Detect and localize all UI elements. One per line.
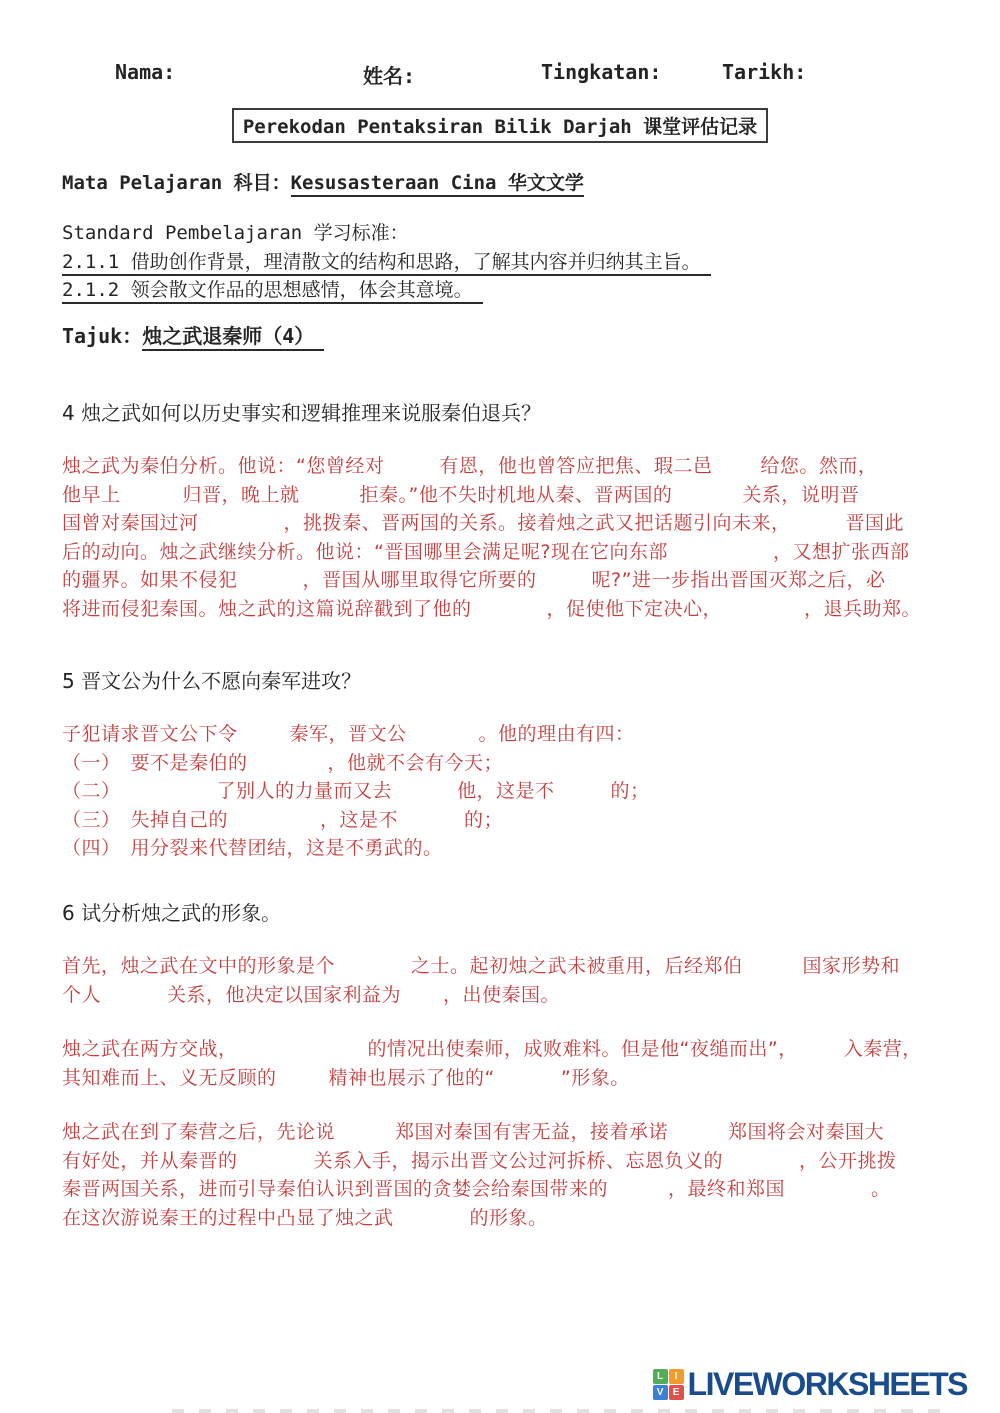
answer-blank[interactable] (722, 613, 804, 615)
answer-text: 子犯请求晋文公下令 (62, 723, 238, 745)
answer-line: 个人关系，他决定以国家利益为，出使秦国。 (62, 981, 954, 1010)
worksheet-page: Nama: 姓名: Tingkatan: Tarikh: Perekodan P… (0, 0, 1000, 1413)
answer-text: 给您。然而， (760, 455, 877, 477)
answer-blank[interactable] (672, 499, 742, 501)
answer-line: 子犯请求晋文公下令秦军，晋文公。他的理由有四： (62, 720, 954, 749)
answer-blank[interactable] (743, 970, 803, 972)
question-4-answer: 烛之武为秦伯分析。他说：“您曾经对有恩，他也曾答应把焦、瑕二邑给您。然而，他早上… (62, 452, 954, 623)
answer-text: 的情况出使秦师，成败难料。但是他“夜缒而出”， (368, 1038, 798, 1060)
answer-line: 的疆界。如果不侵犯，晋国从哪里取得它所要的呢?”进一步指出晋国灭郑之后，必 (62, 566, 954, 595)
cutoff-text-strip (172, 1409, 950, 1413)
answer-blank[interactable] (555, 795, 611, 797)
answer-blank[interactable] (199, 527, 284, 529)
answer-text: 个人 (62, 984, 101, 1006)
answer-line: 烛之武为秦伯分析。他说：“您曾经对有恩，他也曾答应把焦、瑕二邑给您。然而， (62, 452, 954, 481)
answer-blank[interactable] (392, 795, 457, 797)
answer-text: 关系，说明晋 (742, 484, 859, 506)
answer-blank[interactable] (248, 767, 328, 769)
answer-line: 他早上归晋，晚上就拒秦。”他不失时机地从秦、晋两国的关系，说明晋 (62, 481, 954, 510)
answer-text: 郑国对秦国有害无益，接着承诺 (395, 1121, 668, 1143)
answer-text: （四） 用分裂来代替团结，这是不勇武的。 (62, 837, 443, 859)
nama-label: Nama: (115, 60, 175, 84)
answer-line: 烛之武在两方交战，的情况出使秦师，成败难料。但是他“夜缒而出”，入秦营， (62, 1035, 954, 1064)
answer-line: 秦晋两国关系，进而引导秦伯认识到晋国的贪婪会给秦国带来的，最终和郑国。 (62, 1175, 954, 1204)
answer-text: 烛之武在两方交战， (62, 1038, 238, 1060)
answer-blank[interactable] (121, 795, 217, 797)
answer-line: （四） 用分裂来代替团结，这是不勇武的。 (62, 834, 954, 863)
answer-text: 国家形势和 (803, 955, 901, 977)
answer-blank[interactable] (277, 1082, 329, 1084)
answer-text: ，挑拨秦、晋两国的关系。接着烛之武又把话题引向未来， (284, 512, 791, 534)
xingming-label: 姓名: (363, 60, 415, 89)
answer-line: 国曾对秦国过河，挑拨秦、晋两国的关系。接着烛之武又把话题引向未来，晋国此 (62, 509, 954, 538)
answer-text: ”形象。 (561, 1067, 630, 1089)
answer-text: 他，这是不 (457, 780, 555, 802)
question-4-title: 4 烛之武如何以历史事实和逻辑推理来说服秦伯退兵？ (62, 397, 954, 426)
answer-paragraph: 烛之武为秦伯分析。他说：“您曾经对有恩，他也曾答应把焦、瑕二邑给您。然而，他早上… (62, 452, 954, 623)
tarikh-label: Tarikh: (722, 60, 806, 84)
answer-text: 呢?”进一步指出晋国灭郑之后，必 (592, 569, 886, 591)
answer-blank[interactable] (495, 1082, 561, 1084)
answer-text: ，最终和郑国 (668, 1178, 785, 1200)
answer-text: 入秦营， (844, 1038, 922, 1060)
answer-text: ，这是不 (320, 809, 398, 831)
answer-blank[interactable] (238, 1053, 368, 1055)
answer-blank[interactable] (712, 470, 760, 472)
answer-paragraph: 子犯请求晋文公下令秦军，晋文公。他的理由有四：（一） 要不是秦伯的，他就不会有今… (62, 720, 954, 863)
answer-paragraph: 首先，烛之武在文中的形象是个之士。起初烛之武未被重用，后经郑伯国家形势和个人关系… (62, 952, 954, 1009)
answer-blank[interactable] (335, 1136, 395, 1138)
standard-item-1: 2.1.1 借助创作背景，理清散文的结构和思路，了解其内容并归纳其主旨。 (62, 247, 711, 274)
answer-blank[interactable] (238, 1165, 314, 1167)
question-6-answer: 首先，烛之武在文中的形象是个之士。起初烛之武未被重用，后经郑伯国家形势和个人关系… (62, 952, 954, 1232)
answer-line: 有好处，并从秦晋的关系入手，揭示出晋文公过河拆桥、忘恩负义的，公开挑拨 (62, 1147, 954, 1176)
answer-text: 有恩，他也曾答应把焦、瑕二邑 (439, 455, 712, 477)
question-4: 4 烛之武如何以历史事实和逻辑推理来说服秦伯退兵？ 烛之武为秦伯分析。他说：“您… (62, 397, 954, 623)
logo-square-v: V (653, 1385, 668, 1400)
answer-blank[interactable] (394, 1222, 470, 1224)
answer-text: ，退兵助郑。 (804, 598, 921, 620)
answer-blank[interactable] (668, 1136, 728, 1138)
answer-blank[interactable] (300, 499, 360, 501)
answer-text: 他早上 (62, 484, 121, 506)
answer-text: 后的动向。烛之武继续分析。他说：“晋国哪里会满足呢?现在它向东部 (62, 541, 668, 563)
liveworksheets-logo-icon: LIVE (653, 1369, 684, 1400)
answer-text: 烛之武在到了秦营之后，先论说 (62, 1121, 335, 1143)
header-row: Nama: 姓名: Tingkatan: Tarikh: (0, 60, 1000, 88)
answer-line: （一） 要不是秦伯的，他就不会有今天； (62, 749, 954, 778)
answer-blank[interactable] (228, 824, 320, 826)
topic-line: Tajuk：烛之武退秦师（4） (62, 320, 324, 349)
answer-line: 后的动向。烛之武继续分析。他说：“晋国哪里会满足呢?现在它向东部，又想扩张西部 (62, 538, 954, 567)
topic-label: Tajuk： (62, 324, 142, 348)
answer-line: （三） 失掉自己的，这是不的； (62, 806, 954, 835)
question-5-title: 5 晋文公为什么不愿向秦军进攻？ (62, 665, 954, 694)
answer-blank[interactable] (238, 584, 303, 586)
answer-text: 郑国将会对秦国大 (728, 1121, 884, 1143)
question-6: 6 试分析烛之武的形象。 首先，烛之武在文中的形象是个之士。起初烛之武未被重用，… (62, 897, 954, 1232)
answer-blank[interactable] (401, 999, 443, 1001)
question-6-title: 6 试分析烛之武的形象。 (62, 897, 954, 926)
answer-line: 首先，烛之武在文中的形象是个之士。起初烛之武未被重用，后经郑伯国家形势和 (62, 952, 954, 981)
answer-text: 精神也展示了他的“ (329, 1067, 495, 1089)
answer-blank[interactable] (238, 738, 290, 740)
answer-text: 在这次游说秦王的过程中凸显了烛之武 (62, 1207, 394, 1229)
subject-value: Kesusasteraan Cina 华文文学 (291, 172, 584, 197)
answer-blank[interactable] (537, 584, 592, 586)
answer-blank[interactable] (335, 970, 411, 972)
answer-text: 了别人的力量而又去 (217, 780, 393, 802)
answer-text: （一） 要不是秦伯的 (62, 752, 248, 774)
question-5: 5 晋文公为什么不愿向秦军进攻？ 子犯请求晋文公下令秦军，晋文公。他的理由有四：… (62, 665, 954, 863)
answer-text: （二） (62, 780, 121, 802)
answer-text: ，又想扩张西部 (773, 541, 910, 563)
answer-text: 关系入手，揭示出晋文公过河拆桥、忘恩负义的 (314, 1150, 724, 1172)
answer-blank[interactable] (101, 999, 167, 1001)
standard-label: Standard Pembelajaran 学习标准： (62, 218, 409, 245)
answer-line: 将进而侵犯秦国。烛之武的这篇说辞戳到了他的，促使他下定决心，，退兵助郑。 (62, 595, 954, 624)
answer-line: 在这次游说秦王的过程中凸显了烛之武的形象。 (62, 1204, 954, 1233)
answer-text: ，促使他下定决心， (547, 598, 723, 620)
logo-square-e: E (669, 1385, 684, 1400)
answer-text: 的疆界。如果不侵犯 (62, 569, 238, 591)
answer-blank[interactable] (121, 499, 183, 501)
liveworksheets-logo-text: LIVEWORKSHEETS (688, 1366, 967, 1404)
liveworksheets-logo[interactable]: LIVE LIVEWORKSHEETS (653, 1366, 967, 1403)
answer-text: 拒秦。”他不失时机地从秦、晋两国的 (360, 484, 673, 506)
answer-text: 其知难而上、义无反顾的 (62, 1067, 277, 1089)
answer-blank[interactable] (384, 470, 439, 472)
answer-paragraph: 烛之武在到了秦营之后，先论说郑国对秦国有害无益，接着承诺郑国将会对秦国大有好处，… (62, 1118, 954, 1232)
answer-line: 其知难而上、义无反顾的精神也展示了他的“”形象。 (62, 1064, 954, 1093)
answer-text: 的； (611, 780, 650, 802)
doc-title: Perekodan Pentaksiran Bilik Darjah 课堂评估记… (232, 108, 768, 143)
logo-square-i: I (669, 1369, 684, 1384)
standard-item-2: 2.1.2 领会散文作品的思想感情，体会其意境。 (62, 275, 483, 302)
logo-square-l: L (653, 1369, 668, 1384)
answer-line: 烛之武在到了秦营之后，先论说郑国对秦国有害无益，接着承诺郑国将会对秦国大 (62, 1118, 954, 1147)
answer-text: ，公开挑拨 (799, 1150, 897, 1172)
answer-text: 秦晋两国关系，进而引导秦伯认识到晋国的贪婪会给秦国带来的 (62, 1178, 608, 1200)
answer-text: 。 (871, 1178, 891, 1200)
answer-text: ，他就不会有今天； (328, 752, 504, 774)
answer-text: 有好处，并从秦晋的 (62, 1150, 238, 1172)
topic-value: 烛之武退秦师（4） (142, 324, 324, 351)
tingkatan-label: Tingkatan: (541, 60, 661, 84)
answer-text: 国曾对秦国过河 (62, 512, 199, 534)
answer-blank[interactable] (407, 738, 479, 740)
subject-line: Mata Pelajaran 科目：Kesusasteraan Cina 华文文… (62, 168, 584, 195)
answer-blank[interactable] (472, 613, 547, 615)
answer-text: 的形象。 (470, 1207, 548, 1229)
subject-label: Mata Pelajaran 科目： (62, 172, 291, 194)
answer-blank[interactable] (791, 527, 846, 529)
question-5-answer: 子犯请求晋文公下令秦军，晋文公。他的理由有四：（一） 要不是秦伯的，他就不会有今… (62, 720, 954, 863)
answer-text: 的； (464, 809, 503, 831)
answer-text: ，晋国从哪里取得它所要的 (303, 569, 537, 591)
answer-blank[interactable] (668, 556, 773, 558)
answer-text: 秦军，晋文公 (290, 723, 407, 745)
answer-blank[interactable] (798, 1053, 844, 1055)
answer-text: 将进而侵犯秦国。烛之武的这篇说辞戳到了他的 (62, 598, 472, 620)
answer-text: 关系，他决定以国家利益为 (167, 984, 401, 1006)
answer-blank[interactable] (398, 824, 464, 826)
answer-text: ，出使秦国。 (443, 984, 560, 1006)
answer-blank[interactable] (723, 1165, 799, 1167)
answer-text: 首先，烛之武在文中的形象是个 (62, 955, 335, 977)
answer-blank[interactable] (608, 1193, 668, 1195)
answer-text: 烛之武为秦伯分析。他说：“您曾经对 (62, 455, 384, 477)
answer-line: （二）了别人的力量而又去他，这是不的； (62, 777, 954, 806)
answer-paragraph: 烛之武在两方交战，的情况出使秦师，成败难料。但是他“夜缒而出”，入秦营，其知难而… (62, 1035, 954, 1092)
answer-text: （三） 失掉自己的 (62, 809, 228, 831)
doc-title-wrap: Perekodan Pentaksiran Bilik Darjah 课堂评估记… (0, 108, 1000, 143)
answer-text: 晋国此 (846, 512, 905, 534)
answer-text: 之士。起初烛之武未被重用，后经郑伯 (411, 955, 743, 977)
answer-blank[interactable] (785, 1193, 871, 1195)
answer-text: 归晋，晚上就 (183, 484, 300, 506)
answer-text: 。他的理由有四： (479, 723, 635, 745)
